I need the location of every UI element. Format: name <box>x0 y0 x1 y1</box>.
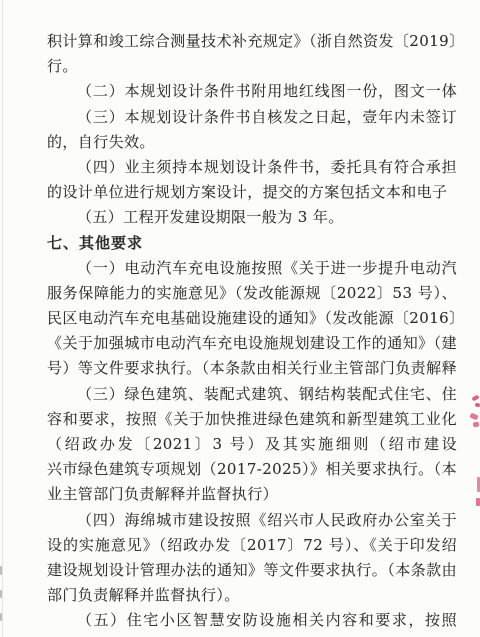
document-line: 的设计单位进行规划方案设计，提交的方案包括文本和电子光盘。 <box>47 180 457 205</box>
document-line: 积计算和竣工综合测量技术补充规定》（浙自然资发〔2019〕34 号）等执 <box>47 29 457 54</box>
document-line: 服务保障能力的实施意见》（发改能源规〔2022〕53 号）、《关于加快居 <box>47 281 457 306</box>
document-line: 行。 <box>47 54 457 79</box>
section-heading: 七、其他要求 <box>47 231 457 256</box>
red-ink-artifact <box>476 498 480 506</box>
document-line: 业主管部门负责解释并监督执行） <box>47 482 457 507</box>
document-line: 《关于加强城市电动汽车充电设施规划建设工作的通知》（建规〔2015〕199 <box>47 331 457 356</box>
red-ink-artifact <box>471 395 479 402</box>
document-line: （二）本规划设计条件书附用地红线图一份，图文一体方为有效文件。 <box>47 79 457 104</box>
scan-edge-artifact <box>0 566 2 575</box>
document-line: （五）住宅小区智慧安防设施相关内容和要求，按照《绍兴市公安机关 <box>47 608 457 633</box>
document-line: （四）海绵城市建设按照《绍兴市人民政府办公室关于推进海绵城市建 <box>47 508 457 533</box>
document-line: 的，自行失效。 <box>47 130 457 155</box>
scanned-document-page: 积计算和竣工综合测量技术补充规定》（浙自然资发〔2019〕34 号）等执 行。 … <box>0 0 480 637</box>
red-ink-artifact <box>473 421 480 427</box>
document-line: 容和要求，按照《关于加快推进绿色建筑和新型建筑工业化发展的实施意见》 <box>47 407 457 432</box>
document-line: （三）本规划设计条件书自核发之日起，壹年内未签订土地出让确认书 <box>47 105 457 130</box>
document-line: （一）电动汽车充电设施按照《关于进一步提升电动汽车充电基础设施 <box>47 256 457 281</box>
document-line: （五）工程开发建设期限一般为 3 年。 <box>47 205 457 230</box>
document-line: 设的实施意见》（绍政办发〔2017〕72 号）、《关于印发绍兴市海绵城市 <box>47 533 457 558</box>
document-line: 建设规划设计管理办法的通知》等文件要求执行。（本条款由相关行业主管 <box>47 558 457 583</box>
document-line: （绍政办发〔2021〕3 号）及其实施细则（绍市建设〔2021〕1 号）和《绍 <box>47 432 457 457</box>
scan-edge-artifact <box>0 613 2 621</box>
document-line: （三）绿色建筑、装配式建筑、钢结构装配式住宅、住宅全装修相关内 <box>47 382 457 407</box>
document-line: 号）等文件要求执行。（本条款由相关行业主管部门负责解释并监督执行） <box>47 356 457 381</box>
document-line: 部门负责解释并监督执行）。 <box>47 583 457 608</box>
document-line: 民区电动汽车充电基础设施建设的通知》（发改能源〔2016〕1611 号）、 <box>47 306 457 331</box>
document-body: 积计算和竣工综合测量技术补充规定》（浙自然资发〔2019〕34 号）等执 行。 … <box>47 29 457 634</box>
document-line: （四）业主须持本规划设计条件书，委托具有符合承担本工程设计资质 <box>47 155 457 180</box>
red-ink-artifact <box>475 402 480 407</box>
scan-edge-artifact <box>0 590 2 598</box>
document-line: 兴市绿色建筑专项规划（2017-2025）》相关要求执行。（本条款由相关行 <box>47 457 457 482</box>
red-ink-artifact <box>469 413 478 421</box>
scan-edge-shadow <box>2 0 3 637</box>
